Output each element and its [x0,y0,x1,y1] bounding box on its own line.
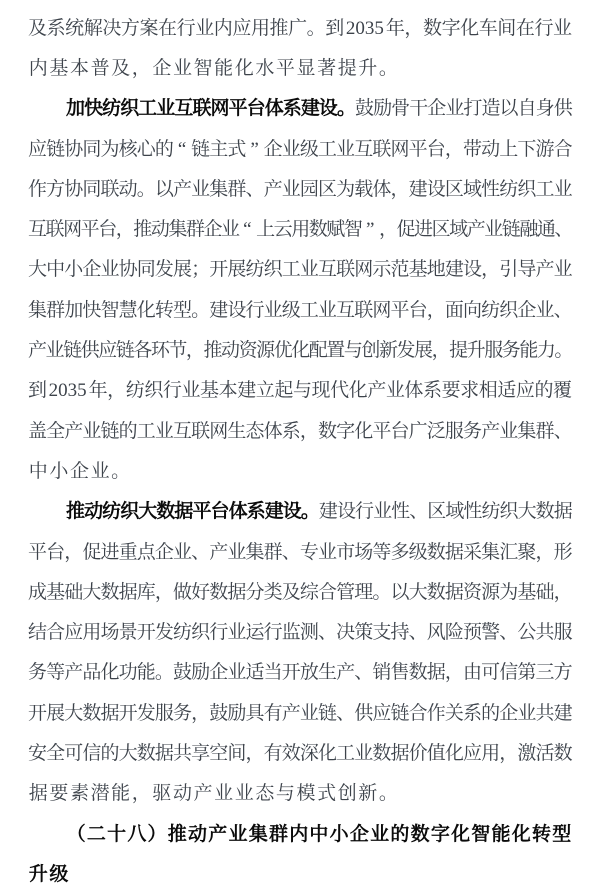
body-text: 类 [264,583,282,602]
body-text: 普 [90,59,111,78]
body-text: ， [379,220,397,239]
bold-heading-text: 字 [430,825,450,844]
body-text: 服 [484,341,502,360]
body-text: 核 [119,140,137,159]
body-text: 求 [460,381,479,400]
body-text: 产 [64,422,82,441]
body-text: 骨 [391,99,409,118]
body-text: 建 [445,260,463,279]
bold-heading-text: ） [147,825,167,844]
body-text: 产 [467,220,485,239]
body-text: 集 [168,220,186,239]
body-text: ， [246,744,264,763]
body-text: 群 [264,543,282,562]
body-text: 与 [344,341,362,360]
body-text: 作 [28,180,46,199]
text-line: 大中小企业协同发展；开展纺织工业互联网示范基地建设，引导产业 [28,250,572,290]
body-text: 展 [414,341,432,360]
text-line: 应链协同为核心的“链主式”企业级工业互联网平台，带动上下游合 [28,129,572,169]
body-text: 业 [221,220,239,239]
body-text: 能 [137,663,155,682]
body-text: 发 [396,341,414,360]
body-text: 新 [358,784,379,803]
body-text: 作 [427,704,445,723]
body-text: 市 [336,543,354,562]
body-text: ， [391,180,409,199]
body-text: 多 [391,543,409,562]
body-text: 数 [82,704,100,723]
body-text: 励 [373,99,391,118]
heading-line: 升级 [28,854,572,894]
body-text: 、 [409,502,427,521]
body-text: 群 [186,220,204,239]
text-line: 平台，促进重点企业、产业集群、专业市场等多级数据采集汇聚，形 [28,532,572,572]
body-text: 域 [449,220,467,239]
body-text: 统 [65,19,84,38]
body-text: 据 [101,704,119,723]
body-text: 大 [64,704,82,723]
body-text: 。 [155,663,173,682]
body-text: 服 [554,623,572,642]
body-text: 网 [391,140,409,159]
body-text: 平 [409,140,427,159]
body-text: 业 [227,623,245,642]
text-line: 成基础大数据库，做好数据分类及综合管理。以大数据资源为基础， [28,572,572,612]
body-text: 共 [536,704,554,723]
body-text: 本 [219,381,238,400]
body-text: 广 [409,422,427,441]
body-text: ， [300,422,318,441]
body-text: 享 [191,744,209,763]
body-text: 平 [275,59,296,78]
body-text: 广 [288,19,307,38]
body-text: 化 [349,381,368,400]
body-text: 化 [137,301,155,320]
body-text: 小 [49,462,70,481]
text-line: 务等产品化功能。鼓励企业适当开放生产、销售数据，由可信第三方 [28,653,572,693]
body-text: 品 [82,663,100,682]
body-text: 供 [554,99,572,118]
body-text: 关 [445,704,463,723]
body-text: 智 [344,220,362,239]
body-text: 联 [372,140,390,159]
body-text: 性 [481,180,499,199]
body-text: 式 [316,784,337,803]
body-text: 范 [391,260,409,279]
body-text: 。 [191,301,209,320]
body-text: 据 [155,744,173,763]
body-text: 重 [119,543,137,562]
body-text: 提 [337,59,358,78]
body-text: 推 [203,341,221,360]
bold-heading-text: 加 [66,99,84,118]
body-text: 预 [463,623,481,642]
body-text: 盖 [28,422,46,441]
body-text: 以 [500,99,518,118]
bold-heading-text: 企 [349,825,369,844]
body-text: 配 [309,341,327,360]
body-text: 策 [354,623,372,642]
body-text: 干 [409,99,427,118]
body-text: 设 [427,180,445,199]
body-text: 动 [221,341,239,360]
body-text: 工 [300,301,318,320]
body-text: 场 [101,623,119,642]
body-text: 用 [82,623,100,642]
body-text: 优 [274,341,292,360]
text-line: 互联网平台，推动集群企业“上云用数赋智”，促进区域产业链融通、 [28,209,572,249]
bold-heading-text: 体 [229,502,247,521]
body-text: 进 [101,543,119,562]
body-text: 数 [101,583,119,602]
body-text: 数 [372,744,390,763]
body-text: 合 [554,140,572,159]
body-text: 险 [445,623,463,642]
body-text: 采 [463,543,481,562]
body-text: 环 [151,341,169,360]
text-line: 中小企业。 [28,451,572,491]
body-text: 大 [28,260,46,279]
body-text: 基 [517,583,535,602]
body-text: 互 [318,260,336,279]
body-text: 园 [300,180,318,199]
body-text: 据 [28,784,49,803]
body-text: 年 [89,381,108,400]
body-text: 产 [64,663,82,682]
body-text: 应 [372,704,390,723]
body-text: 综 [300,583,318,602]
body-text: 三 [536,663,554,682]
bold-heading-text: 群 [268,825,288,844]
body-text: 合 [409,704,427,723]
body-text: 据 [445,583,463,602]
body-text: 织 [191,623,209,642]
body-text: 。 [110,462,131,481]
body-text: 台 [409,301,427,320]
body-text: 纺 [246,260,264,279]
heading-line: （二十八）推动产业集群内中小企业的数字化智能化转型 [28,814,572,854]
body-text: 动 [119,180,137,199]
body-text: 方 [554,663,572,682]
body-text: 、 [554,422,572,441]
body-text: 互 [28,220,46,239]
bold-heading-text: 互 [174,99,192,118]
bold-heading-text: 织 [120,99,138,118]
body-text: 起 [274,381,293,400]
body-text: 业 [300,704,318,723]
body-text: 产 [336,663,354,682]
body-text: 动 [172,784,193,803]
bold-heading-text: 台 [211,502,229,521]
body-text: 空 [209,744,227,763]
body-text: 纺 [499,180,517,199]
body-text: 形 [554,543,572,562]
body-text: 云 [274,220,292,239]
body-text: 点 [137,543,155,562]
body-text: 发 [155,623,173,642]
body-text: 及 [28,19,47,38]
body-text: 建 [237,381,256,400]
body-text: 新 [379,341,397,360]
body-text: 共 [173,744,191,763]
body-text: 打 [463,99,481,118]
body-text: 引 [499,260,517,279]
bold-heading-text: 推 [66,502,84,521]
body-text: 织 [264,260,282,279]
body-text: 业 [227,543,245,562]
body-text: 等 [46,663,64,682]
body-text: “ [239,220,257,239]
body-text: 成 [28,583,46,602]
body-text: 产 [193,784,214,803]
body-text: ； [191,260,209,279]
body-text: 基 [49,59,70,78]
body-text: ， [536,543,554,562]
body-text: 企 [517,301,535,320]
body-text: 方 [121,19,140,38]
body-text: 具 [246,704,264,723]
body-text: 字 [442,19,461,38]
body-text: 风 [427,623,445,642]
text-line: 加快纺织工业互联网平台体系建设。鼓励骨干企业打造以自身供 [28,89,572,129]
body-text: 础 [64,583,82,602]
body-text: 创 [337,784,358,803]
body-text: 激 [517,744,535,763]
body-text: 景 [119,623,137,642]
body-text: 业 [499,422,517,441]
body-text: 、 [554,301,572,320]
body-text: 设 [463,260,481,279]
body-text: 融 [519,220,537,239]
body-text: 信 [82,744,100,763]
bold-heading-text: 转 [531,825,551,844]
body-text: 行 [177,19,196,38]
bold-heading-text: 系 [283,99,301,118]
body-text: 应 [28,140,46,159]
body-text: 纺 [126,381,145,400]
body-text: 。 [378,59,399,78]
body-text: 提 [449,341,467,360]
body-text: 带 [463,140,481,159]
body-text: 决 [102,19,121,38]
document-page: 及系统解决方案在行业内应用推广。到2035年，数字化车间在行业内基本普及，企业智… [0,0,600,894]
body-text: 数 [209,583,227,602]
body-text: 织 [144,381,163,400]
body-text: 据 [427,663,445,682]
bold-heading-text: 小 [329,825,349,844]
body-text: 业 [46,341,64,360]
body-text: 开 [119,704,137,723]
text-line: 开展大数据开发服务，鼓励具有产业链、供应链合作关系的企业共建 [28,693,572,733]
body-text: 建 [554,704,572,723]
text-line: 内基本普及，企业智能化水平显著提升。 [28,48,572,88]
body-text: 升 [358,59,379,78]
body-text: 台 [427,140,445,159]
body-text: 到 [325,19,344,38]
body-text: 有 [264,744,282,763]
body-text: 节 [168,341,186,360]
body-text: 资 [239,341,257,360]
body-text: 应 [232,19,251,38]
body-text: 分 [246,583,264,602]
body-text: 行 [264,623,282,642]
body-text: 方 [46,180,64,199]
body-text: 以 [155,180,173,199]
body-text: 慧 [119,301,137,320]
body-text: 中 [28,462,49,481]
body-text: 产 [367,381,386,400]
body-text: 础 [536,583,554,602]
body-text: 数 [423,19,442,38]
body-text: 链 [101,422,119,441]
body-text: 产 [28,341,46,360]
body-text: 链 [191,140,209,159]
body-text: 。 [307,19,326,38]
text-line: 盖全产业链的工业互联网生态体系，数字化平台广泛服务产业集群、 [28,411,572,451]
body-text: 测 [300,623,318,642]
body-text: 动 [151,220,169,239]
body-text: ， [155,583,173,602]
body-text: 化 [445,744,463,763]
body-text: 大 [409,583,427,602]
body-text: 域 [445,502,463,521]
body-text: 建 [209,301,227,320]
bold-heading-text: 化 [511,825,531,844]
body-text: 网 [372,301,390,320]
body-text: 供 [354,704,372,723]
body-text: 中 [46,260,64,279]
body-text: 产 [536,260,554,279]
body-text: 业 [554,180,572,199]
body-text: 到 [28,381,47,400]
body-text: 汇 [499,543,517,562]
bold-heading-text: 快 [84,99,102,118]
body-text: 励 [191,663,209,682]
body-text: 2035 [344,19,386,38]
body-text: 业 [517,704,535,723]
body-text: 内 [28,59,49,78]
body-text: 基 [409,260,427,279]
bold-heading-text: 推 [167,825,187,844]
body-text: 系 [47,19,66,38]
body-text: 集 [209,180,227,199]
body-text: 工 [536,180,554,199]
body-text: 数 [427,583,445,602]
body-text: 业 [318,301,336,320]
body-text: 合 [318,583,336,602]
body-text: 。 [378,784,399,803]
body-text: 系 [282,422,300,441]
body-text: 在 [516,19,535,38]
body-text: 行 [246,301,264,320]
body-text: 业 [173,543,191,562]
body-text: 以 [391,583,409,602]
bold-heading-text: 十 [106,825,126,844]
body-text: 资 [463,583,481,602]
bold-heading-text: 纺 [102,99,120,118]
body-text: 立 [256,381,275,400]
body-text: 业 [445,99,463,118]
body-text: 企 [203,220,221,239]
body-text: 企 [69,462,90,481]
body-text: 覆 [553,381,572,400]
body-text: 警 [481,623,499,642]
body-text: 集 [517,422,535,441]
body-text: 群 [227,180,245,199]
body-text: 业 [101,260,119,279]
body-text: 群 [46,301,64,320]
body-text: 合 [46,623,64,642]
body-text: 的 [481,704,499,723]
bold-heading-text: 联 [192,99,210,118]
body-text: 转 [155,301,173,320]
body-text: 及 [282,583,300,602]
body-text: 上 [499,140,517,159]
body-text: 有 [264,704,282,723]
body-text: 同 [82,180,100,199]
body-text: 区 [318,180,336,199]
body-text: 用 [481,744,499,763]
body-text: 业 [553,19,572,38]
body-text: 互 [173,422,191,441]
body-text: 大 [82,583,100,602]
body-text: 、 [409,623,427,642]
body-text: 态 [246,422,264,441]
body-text: 地 [427,260,445,279]
body-text: 持 [391,623,409,642]
body-text: 据 [391,744,409,763]
body-text: 向 [463,301,481,320]
body-text: 化 [460,19,479,38]
body-text: 做 [173,583,191,602]
body-text: 体 [372,180,390,199]
body-text: 织 [499,301,517,320]
body-text: 由 [463,663,481,682]
body-text: 理 [354,583,372,602]
bold-heading-text: 中 [309,825,329,844]
bold-heading-text: 升 [28,865,49,884]
text-line: 及系统解决方案在行业内应用推广。到2035年，数字化车间在行业 [28,8,572,48]
body-text: 供 [81,341,99,360]
body-text: 功 [119,663,137,682]
body-text: ， [186,341,204,360]
body-text: 结 [28,623,46,642]
body-text: 上 [256,220,274,239]
body-text: 相 [479,381,498,400]
body-text: 网 [354,260,372,279]
body-text: 、 [499,623,517,642]
body-text: 信 [499,663,517,682]
body-text: 据 [554,502,572,521]
body-text: 级 [282,301,300,320]
body-text: 业 [213,784,234,803]
body-text: 展 [173,260,191,279]
body-text: 产 [173,180,191,199]
body-text: 业 [90,462,111,481]
body-text: 数 [318,422,336,441]
bold-heading-text: 设 [283,502,301,521]
body-text: 纺 [173,623,191,642]
body-text: 化 [234,59,255,78]
body-text: ， [427,301,445,320]
body-text: 潜 [90,784,111,803]
body-text: 集 [28,301,46,320]
body-text: 产 [481,422,499,441]
body-text: 源 [481,583,499,602]
bold-heading-text: 网 [211,99,229,118]
bold-heading-text: （ [66,825,86,844]
text-line: 安全可信的大数据共享空间，有效深化工业数据价值化应用，激活数 [28,733,572,773]
